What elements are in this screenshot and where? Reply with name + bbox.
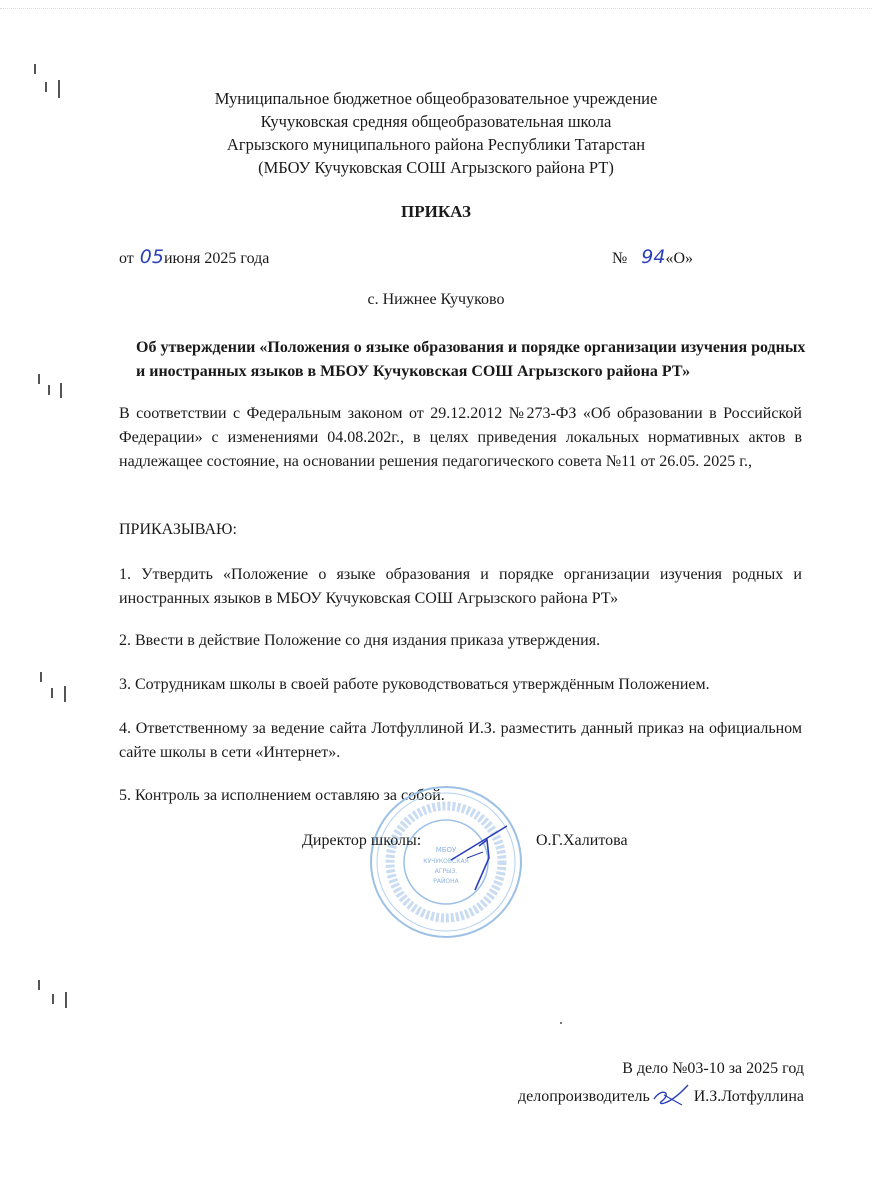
director-signature: [447, 818, 527, 898]
filing-line: В дело №03-10 за 2025 год: [622, 1060, 804, 1078]
scan-mark: [64, 686, 66, 702]
order-item-3: 3. Сотрудникам школы в своей работе руко…: [119, 676, 710, 694]
filing-name: И.З.Лотфуллина: [694, 1088, 804, 1105]
scan-dot: [560, 1022, 562, 1024]
scan-mark: [65, 992, 67, 1008]
scan-mark: [38, 980, 40, 990]
scan-mark: [60, 383, 62, 398]
signature-role: Директор школы:: [302, 832, 421, 850]
scan-edge: [0, 8, 872, 10]
scan-mark: [52, 994, 54, 1004]
scan-mark: [40, 672, 42, 682]
date-rest: июня 2025 года: [164, 250, 269, 267]
header-line-2: Кучуковская средняя общеобразовательная …: [0, 110, 872, 133]
number-suffix: «О»: [665, 250, 693, 267]
header-line-1: Муниципальное бюджетное общеобразователь…: [0, 87, 872, 110]
institution-header: Муниципальное бюджетное общеобразователь…: [0, 87, 872, 179]
scan-mark: [51, 688, 53, 698]
order-word: ПРИКАЗЫВАЮ:: [119, 521, 237, 539]
order-item-4: 4. Ответственному за ведение сайта Лотфу…: [119, 717, 802, 765]
order-item-1: 1. Утвердить «Положение о языке образова…: [119, 563, 802, 611]
date-day-handwritten: 05: [140, 246, 164, 268]
date-prefix: от: [119, 250, 134, 267]
number-sign: №: [612, 250, 627, 267]
order-subject: Об утверждении «Положения о языке образо…: [136, 336, 806, 384]
order-date: от 05июня 2025 года: [119, 246, 269, 268]
scan-mark: [38, 374, 40, 384]
filing-role: делопроизводитель: [518, 1088, 650, 1105]
scan-mark: [48, 385, 50, 395]
order-item-2: 2. Ввести в действие Положение со дня из…: [119, 632, 600, 650]
header-line-4: (МБОУ Кучуковская СОШ Агрызского района …: [0, 156, 872, 179]
clerk-signature: [652, 1083, 692, 1109]
preamble: В соответствии с Федеральным законом от …: [119, 402, 802, 474]
place: с. Нижнее Кучуково: [0, 291, 872, 309]
order-number: № 94«О»: [612, 246, 693, 268]
header-line-3: Агрызского муниципального района Республ…: [0, 133, 872, 156]
number-handwritten: 94: [641, 246, 665, 268]
document-type: ПРИКАЗ: [0, 202, 872, 222]
signature-name: О.Г.Халитова: [536, 832, 628, 850]
scan-mark: [34, 64, 36, 74]
filing-signature-line: делопроизводитель И.З.Лотфуллина: [518, 1083, 804, 1109]
